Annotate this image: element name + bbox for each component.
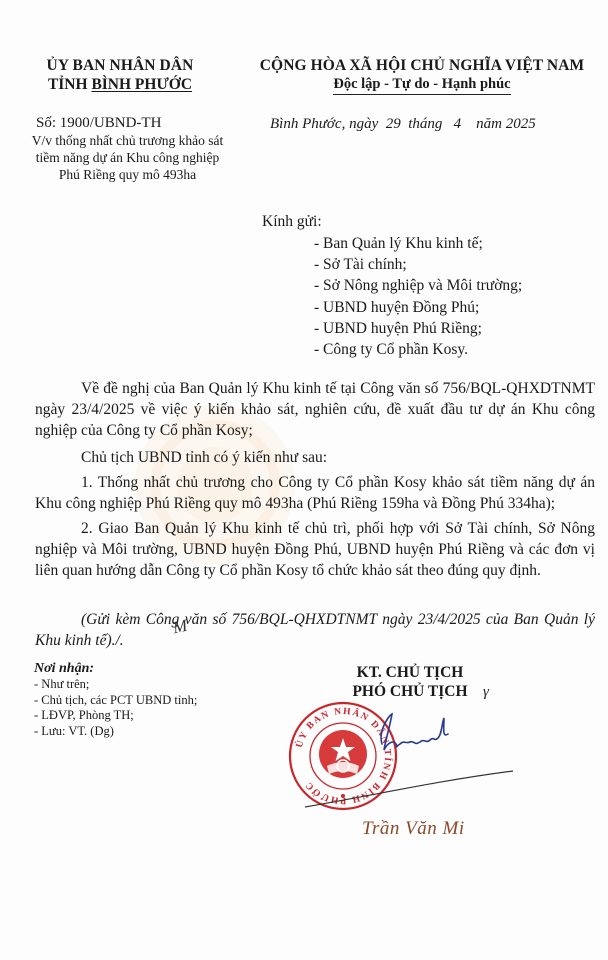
- recipient-item: - Ban Quản lý Khu kinh tế;: [314, 233, 522, 254]
- document-subject: V/v thống nhất chủ trương khảo sát tiềm …: [20, 132, 235, 183]
- recipients-label: Kính gửi:: [262, 212, 322, 232]
- authority-line-2: TỈNH BÌNH PHƯỚC: [20, 75, 220, 94]
- signature-title-block: KT. CHỦ TỊCH PHÓ CHỦ TỊCH: [330, 663, 490, 701]
- handwritten-signature-icon: [370, 712, 470, 762]
- signature-title-line-1: KT. CHỦ TỊCH: [330, 663, 490, 682]
- subject-line: tiềm năng dự án Khu công nghiệp: [20, 149, 235, 166]
- body-paragraph-opinion: Chủ tịch UBND tỉnh có ý kiến như sau:: [35, 447, 595, 468]
- issuing-authority: ỦY BAN NHÂN DÂN TỈNH BÌNH PHƯỚC: [20, 56, 220, 94]
- approval-mark: γ: [483, 684, 489, 701]
- signature-title-line-2: PHÓ CHỦ TỊCH: [330, 682, 490, 701]
- distribution-list: - Như trên; - Chủ tịch, các PCT UBND tỉn…: [34, 677, 197, 739]
- distribution-item: - LĐVP, Phòng TH;: [34, 708, 197, 724]
- body-paragraph-item-2: 2. Giao Ban Quản lý Khu kinh tế chủ trì,…: [35, 518, 595, 581]
- distribution-item: - Như trên;: [34, 677, 197, 693]
- distribution-item: - Lưu: VT. (Dg): [34, 724, 197, 740]
- signature-stroke-icon: [305, 765, 515, 815]
- body-paragraph-attachment: (Gửi kèm Công văn số 756/BQL-QHXDTNMT ng…: [35, 609, 595, 651]
- recipient-item: - Sở Tài chính;: [314, 254, 522, 275]
- nation-title: CỘNG HÒA XÃ HỘI CHỦ NGHĨA VIỆT NAM: [236, 56, 608, 75]
- national-header: CỘNG HÒA XÃ HỘI CHỦ NGHĨA VIỆT NAM Độc l…: [236, 56, 608, 95]
- recipients-list: - Ban Quản lý Khu kinh tế; - Sở Tài chín…: [314, 233, 522, 360]
- province-name: BÌNH PHƯỚC: [91, 76, 192, 93]
- distribution-item: - Chủ tịch, các PCT UBND tỉnh;: [34, 693, 197, 709]
- body-paragraph-request: Về đề nghị của Ban Quản lý Khu kinh tế t…: [35, 378, 595, 441]
- recipient-item: - Công ty Cổ phần Kosy.: [314, 339, 522, 360]
- date-line: Bình Phước, ngày 29 tháng 4 năm 2025: [270, 115, 536, 133]
- document-number: Số: 1900/UBND-TH: [36, 114, 161, 132]
- authority-line-1: ỦY BAN NHÂN DÂN: [20, 56, 220, 75]
- subject-line: V/v thống nhất chủ trương khảo sát: [20, 132, 235, 149]
- national-motto: Độc lập - Tự do - Hạnh phúc: [333, 75, 510, 95]
- distribution-title: Nơi nhận:: [34, 661, 94, 677]
- subject-line: Phú Riềng quy mô 493ha: [20, 166, 235, 183]
- recipient-item: - UBND huyện Phú Riềng;: [314, 318, 522, 339]
- recipient-item: - UBND huyện Đồng Phú;: [314, 297, 522, 318]
- recipient-item: - Sở Nông nghiệp và Môi trường;: [314, 275, 522, 296]
- signer-name: Trần Văn Mi: [362, 818, 465, 840]
- authority-prefix: TỈNH: [48, 76, 92, 93]
- body-paragraph-item-1: 1. Thống nhất chủ trương cho Công ty Cổ …: [35, 472, 595, 514]
